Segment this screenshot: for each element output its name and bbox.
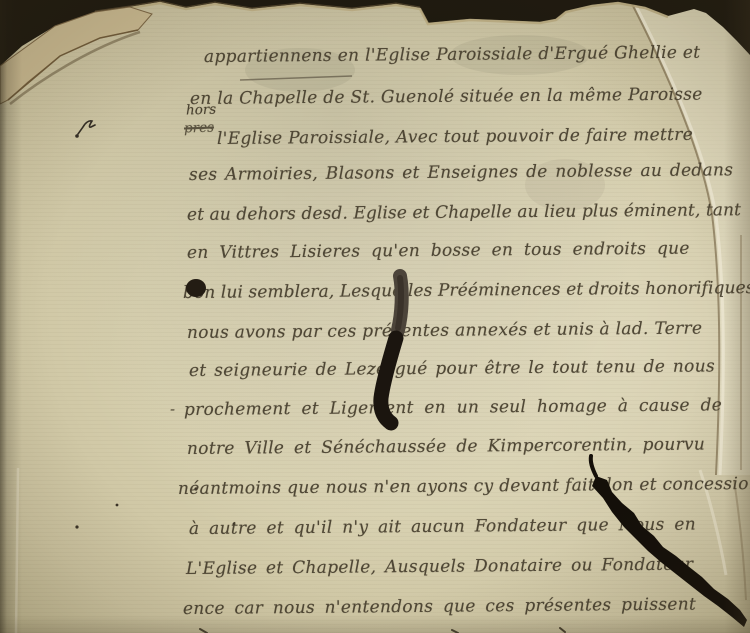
- manuscript-line: nous avons par ces présentes annexés et …: [187, 317, 703, 345]
- manuscript-line: appartiennens en l'Eglise Paroissiale d'…: [204, 41, 701, 69]
- manuscript-line: et seigneurie de Lezergué pour être le t…: [189, 354, 715, 383]
- manuscript-line: l'Eglise Paroissiale, Avec tout pouvoir …: [217, 123, 693, 151]
- manuscript-photo: appartiennens en l'Eglise Paroissiale d'…: [0, 0, 750, 633]
- margin-inserted-word: hors: [186, 101, 217, 118]
- manuscript-line: en la Chapelle de St. Guenolé située en …: [190, 83, 703, 111]
- manuscript-line: prochement et Ligement en un seul homage…: [184, 393, 722, 422]
- margin-hyphen: -: [170, 400, 175, 418]
- manuscript-line: et au dehors desd. Eglise et Chapelle au…: [187, 198, 741, 227]
- manuscript-line: en Vittres Lisieres qu'en bosse en tous …: [187, 237, 690, 265]
- manuscript-line: ses Armoiries, Blasons et Enseignes de n…: [189, 158, 734, 187]
- manuscript-line: notre Ville et Sénéchaussée de Kimpercor…: [187, 432, 705, 461]
- manuscript-line: à autre et qu'il n'y ait aucun Fondateur…: [189, 513, 696, 541]
- manuscript-line: bon lui semblera, Lesquelles Prééminence…: [183, 276, 750, 305]
- manuscript-line: L'Eglise et Chapelle, Ausquels Donataire…: [186, 553, 693, 581]
- manuscript-line: ence car nous n'entendons que ces présen…: [183, 593, 696, 621]
- manuscript-line: néantmoins que nous n'en ayons cy devant…: [178, 472, 750, 501]
- margin-struck-word: pres: [184, 119, 215, 136]
- handwritten-text: appartiennens en l'Eglise Paroissiale d'…: [0, 0, 750, 633]
